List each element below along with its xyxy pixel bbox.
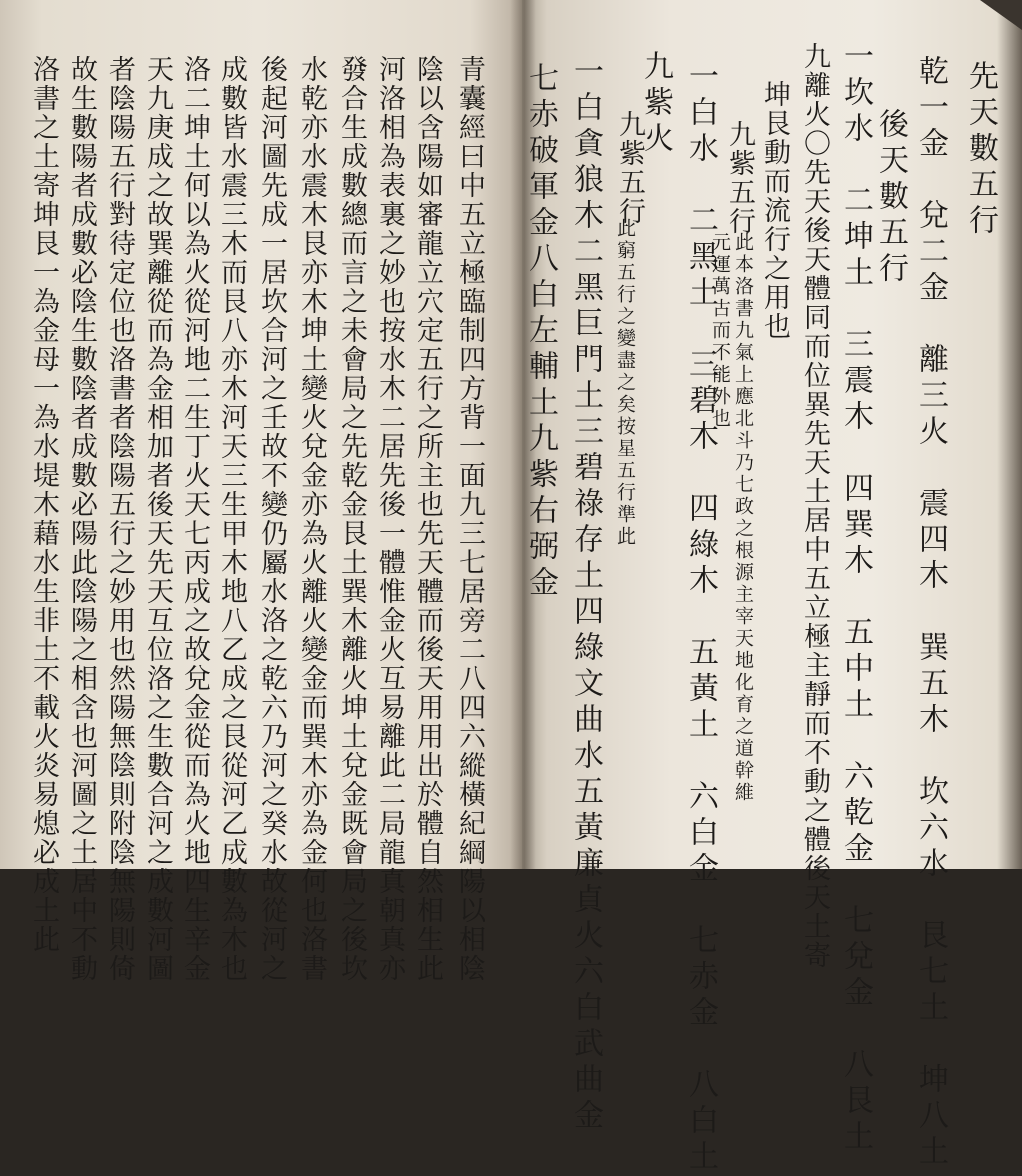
right-text-column: 九離火〇先天後天體同而位異先天土居中五立極主靜而不動之體後天土寄 (801, 42, 828, 869)
right-text-column: 乾一金 兌二金 離三火 震四木 巽五木 坎六水 艮七土 坤八土 (915, 55, 945, 869)
right-text-column: 一白貪狼木二黑巨門土三碧祿存土四綠文曲水五黃廉貞火六白武曲金 (570, 55, 600, 869)
right-text-column: 此本洛書九氣上應北斗乃七政之根源主宰天地化育之道幹維 (733, 232, 752, 804)
right-text-column: 先天數五行 (965, 60, 995, 240)
left-text-column: 河洛相為表裏之妙也按水木二居先後一體惟金火互易離此二局龍真朝真亦 (376, 55, 403, 869)
right-text-column: 九紫五行 (726, 120, 753, 236)
left-text-column: 洛書之土寄坤艮一為金母一為水堤木藉水生非土不載火炎易熄必成土此 (30, 55, 57, 869)
right-text-column: 坤艮動而流行之用也 (761, 80, 788, 341)
left-text-column: 後起河圖先成一居坎合河之壬故不變仍屬水洛之乾六乃河之癸水故從河之 (258, 55, 285, 869)
right-text-column: 一白水 二黑土 三碧木 四綠木 五黃土 六白金 七赤金 八白土 (685, 60, 715, 869)
left-text-column: 成數皆水震三木而艮八亦木河天三生甲木地八乙成之艮從河乙成數為木也 (218, 55, 245, 869)
left-text-column: 天九庚成之故巽離從而為金相加者後天先天互位洛之生數合河之成數河圖 (144, 55, 171, 869)
left-text-column: 青囊經曰中五立極臨制四方背一面九三七居旁二八四六縱橫紀綱陽以相陰 (456, 55, 483, 869)
right-text-column: 七赤破軍金八白左輔土九紫右弼金 (525, 62, 555, 602)
left-text-column: 故生數陽者成數必陰生數陰者成數必陽此陰陽之相含也河圖之土居中不動 (68, 55, 95, 869)
left-text-column: 洛二坤土何以為火從河地二生丁火天七丙成之故兌金從而為火地四生辛金 (181, 55, 208, 869)
right-text-column: 此窮五行之變盡之矣按星五行準此 (615, 218, 634, 548)
left-text-column: 水乾亦水震木艮亦木坤土變火兌金亦為火離火變金而巽木亦為金何也洛書 (298, 55, 325, 869)
left-text-column: 陰以含陽如審龍立穴定五行之所主也先天體而後天用用出於體自然相生此 (414, 55, 441, 869)
right-text-column: 九紫五行 (616, 110, 643, 226)
open-book-photo: 先天數五行乾一金 兌二金 離三火 震四木 巽五木 坎六水 艮七土 坤八土後天數五… (0, 0, 1022, 869)
left-text-column: 者陰陽五行對待定位也洛書者陰陽五行之妙用也然陽無陰則附陰無陽則倚 (106, 55, 133, 869)
right-text-column: 後天數五行 (875, 108, 905, 288)
left-text-column: 發合生成數總而言之未會局之先乾金艮土巽木離火坤土兌金既會局之後坎 (338, 55, 365, 869)
right-text-column: 一坎水 二坤土 三震木 四巽木 五中土 六乾金 七兌金 八艮土 (840, 40, 870, 869)
